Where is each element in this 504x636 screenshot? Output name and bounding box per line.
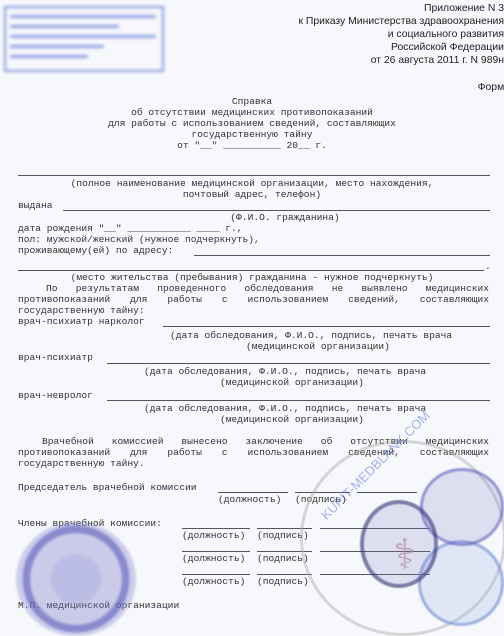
org-hint: почтовый адрес, телефон) (0, 189, 504, 200)
appendix-line: от 26 августа 2011 г. N 989н (298, 54, 504, 67)
form-label: Форма (298, 81, 504, 94)
birth-date-label: дата рождения "__" ___________ ____ г., (18, 223, 243, 234)
doctor-hint: (дата обследования, Ф.И.О., подпись, печ… (144, 366, 426, 377)
doctor-hint: (медицинской организации) (246, 341, 390, 352)
address-label: проживающему(ей) по адресу: (18, 245, 173, 256)
caduceus-icon: ⚕ (392, 530, 417, 582)
chair-position-field[interactable] (218, 492, 288, 493)
title-name: Справка (0, 96, 504, 107)
org-hint: (полное наименование медицинской организ… (0, 178, 504, 189)
doctor-label: врач-психиатр нарколог (18, 316, 145, 327)
position-hint: (должность) (218, 494, 281, 505)
doctor-neurologist-field[interactable] (107, 400, 490, 401)
doctor-label: врач-психиатр (18, 352, 93, 363)
doctor-hint: (медицинской организации) (220, 414, 364, 425)
member-position-hint: (должность) (182, 553, 245, 564)
address-field[interactable] (194, 255, 490, 256)
doctor-hint: (дата обследования, Ф.И.О., подпись, печ… (170, 330, 452, 341)
citizen-name-field[interactable] (63, 210, 490, 211)
member-position-field[interactable] (182, 528, 250, 529)
results-line: По результатам проведенного обследования… (46, 283, 489, 294)
document-title: Справка об отсутствии медицинских против… (0, 96, 504, 151)
member-position-hint: (должность) (182, 530, 245, 541)
title-date: от "__" __________ 20__ г. (0, 140, 504, 151)
appendix-line: и социального развития (298, 28, 504, 41)
org-name-field[interactable] (18, 175, 490, 176)
sex-label: пол: мужской/женский (нужное подчеркнуть… (18, 234, 260, 245)
member-signature-field[interactable] (257, 574, 312, 575)
title-line: для работы с использованием сведений, со… (0, 118, 504, 129)
member-position-field[interactable] (182, 574, 250, 575)
address-end: . (485, 261, 491, 272)
member-position-hint: (должность) (182, 576, 245, 587)
member-signature-hint: (подпись) (257, 576, 309, 587)
chair-label: Председатель врачебной комиссии (18, 482, 196, 493)
results-line: государственную тайну: (18, 305, 145, 316)
appendix-line: Приложение N 3 (298, 2, 504, 15)
results-line: противопоказаний для работы с использова… (18, 294, 489, 305)
doctor-psychiatrist-field[interactable] (107, 363, 490, 364)
appendix-line: к Приказу Министерства здравоохранения (298, 15, 504, 28)
member-position-field[interactable] (182, 551, 250, 552)
address-field-2[interactable] (18, 270, 484, 271)
round-seal-left (16, 522, 136, 636)
doctor-label: врач-невролог (18, 390, 93, 401)
appendix-header: Приложение N 3 к Приказу Министерства зд… (298, 2, 504, 94)
issued-label: выдана (18, 200, 53, 211)
fio-hint: (Ф.И.О. гражданина) (0, 212, 504, 223)
title-line: об отсутствии медицинских противопоказан… (0, 107, 504, 118)
corner-stamp (4, 6, 164, 72)
doctor-narcologist-field[interactable] (163, 326, 490, 327)
doctor-hint: (медицинской организации) (220, 377, 364, 388)
address-hint: (место жительства (пребывания) гражданин… (0, 272, 504, 283)
doctor-hint: (дата обследования, Ф.И.О., подпись, печ… (144, 403, 426, 414)
commission-line: государственную тайну. (18, 458, 145, 469)
title-line: государственную тайну (0, 129, 504, 140)
appendix-line: Российской Федерации (298, 41, 504, 54)
